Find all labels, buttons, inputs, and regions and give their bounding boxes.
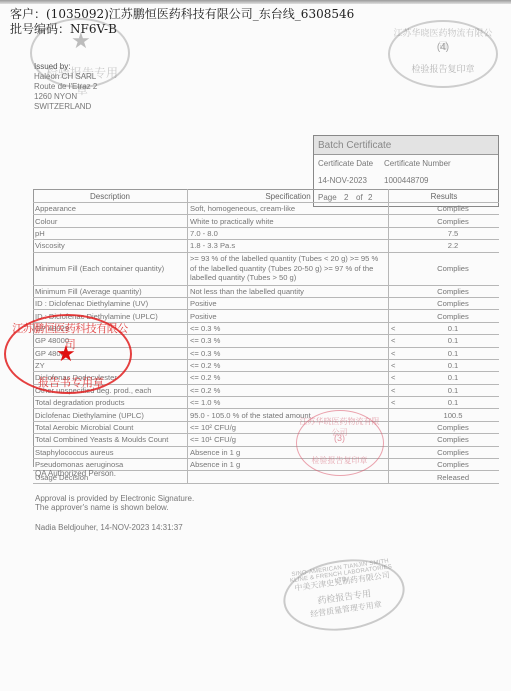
cell-result: Complies xyxy=(407,252,499,285)
cell-specification: >= 93 % of the labelled quantity (Tubes … xyxy=(188,252,389,285)
cell-qualifier: < xyxy=(389,384,408,396)
stamp-text: 检验报告复印章 xyxy=(390,62,496,75)
cell-qualifier xyxy=(389,285,408,297)
table-header-row: Description Specification Results xyxy=(33,190,499,203)
cell-qualifier xyxy=(389,446,408,458)
cell-description: GP 48029 xyxy=(33,322,188,334)
issuer-line: SWITZERLAND xyxy=(34,102,97,112)
cell-qualifier xyxy=(389,459,408,471)
approval-note-2: The approver's name is shown below. xyxy=(35,503,169,512)
stamp-arc-text: 江苏华晓医药物流有限公司 xyxy=(390,26,496,52)
cell-description: GP 48000 xyxy=(33,335,188,347)
cell-result: 0.1 xyxy=(407,359,499,371)
cell-description: ZY xyxy=(33,359,188,371)
cell-result: 0.1 xyxy=(407,347,499,359)
cell-result: 0.1 xyxy=(407,335,499,347)
table-row: Other unspecified deg. prod., each<= 0.2… xyxy=(33,384,499,396)
table-row: Total Combined Yeasts & Moulds Count<= 1… xyxy=(33,434,499,446)
cell-qualifier: < xyxy=(389,397,408,409)
table-row: Total Aerobic Microbial Count<= 10² CFU/… xyxy=(33,421,499,433)
header-specification: Specification xyxy=(188,190,389,203)
cell-qualifier xyxy=(389,240,408,252)
results-table: Description Specification Results Appear… xyxy=(33,189,499,484)
qa-authorized-person: QA Authorized Person. xyxy=(35,469,116,478)
cell-result: Complies xyxy=(407,297,499,309)
cell-description: Minimum Fill (Average quantity) xyxy=(33,285,188,297)
cell-qualifier: < xyxy=(389,359,408,371)
cell-description: GP 48002 xyxy=(33,347,188,359)
approval-note-1: Approval is provided by Electronic Signa… xyxy=(35,494,194,503)
cell-specification: 1.8 - 3.3 Pa.s xyxy=(188,240,389,252)
manufacturer-quality-stamp: SINO-AMERICAN TIANJIN SMITH KLINE & FREN… xyxy=(279,552,410,638)
batch-certificate-title: Batch Certificate xyxy=(314,136,498,155)
table-row: ID : Diclofenac Diethylamine (UV)Positiv… xyxy=(33,297,499,309)
cell-qualifier xyxy=(389,434,408,446)
cell-description: Appearance xyxy=(33,203,188,215)
cell-qualifier xyxy=(389,215,408,227)
cell-specification: <= 1.0 % xyxy=(188,397,389,409)
batch-certificate-labels: Certificate DateCertificate Number xyxy=(314,155,498,172)
issuer-line: 1260 NYON xyxy=(34,92,97,102)
cell-result: 0.1 xyxy=(407,322,499,334)
cell-result: Complies xyxy=(407,446,499,458)
cell-description: pH xyxy=(33,227,188,239)
cell-specification: Absence in 1 g xyxy=(188,446,389,458)
cell-specification: <= 0.3 % xyxy=(188,335,389,347)
cell-specification: Positive xyxy=(188,297,389,309)
table-row: ColourWhite to practically whiteComplies xyxy=(33,215,499,227)
table-row: Total degradation products<= 1.0 %<0.1 xyxy=(33,397,499,409)
cell-result: Complies xyxy=(407,310,499,322)
table-row: ZY<= 0.2 %<0.1 xyxy=(33,359,499,371)
certificate-number: 1000448709 xyxy=(384,172,429,189)
cell-description: ID : Diclofenac Diethylamine (UPLC) xyxy=(33,310,188,322)
stamp-number: (4) xyxy=(390,42,496,53)
cell-description: Diclofenac Diethylamine (UPLC) xyxy=(33,409,188,421)
cell-qualifier xyxy=(389,252,408,285)
cell-specification: <= 0.2 % xyxy=(188,372,389,384)
cell-result: Complies xyxy=(407,434,499,446)
cell-specification: Soft, homogeneous, cream-like xyxy=(188,203,389,215)
table-row: AppearanceSoft, homogeneous, cream-likeC… xyxy=(33,203,499,215)
stamp-text: 中美天津史克制药有限公司 xyxy=(283,568,401,595)
cell-specification: Absence in 1 g xyxy=(188,459,389,471)
cell-result: 2.2 xyxy=(407,240,499,252)
cell-result: Released xyxy=(407,471,499,483)
cell-result: 7.5 xyxy=(407,227,499,239)
cell-specification: Not less than the labelled quantity xyxy=(188,285,389,297)
cell-specification: <= 10² CFU/g xyxy=(188,421,389,433)
stamp-text: 经营质量管理专用章 xyxy=(287,596,405,623)
batch-certificate-values: 14-NOV-20231000448709 xyxy=(314,172,498,189)
table-row: Minimum Fill (Each container quantity)>=… xyxy=(33,252,499,285)
approver-signature: Nadia Beldjouher, 14-NOV-2023 14:31:37 xyxy=(35,523,183,532)
issuer-line: Route de l'Etraz 2 xyxy=(34,82,97,92)
cell-specification: <= 0.3 % xyxy=(188,347,389,359)
cell-qualifier: < xyxy=(389,335,408,347)
table-row: GP 48002<= 0.3 %<0.1 xyxy=(33,347,499,359)
cell-result: 0.1 xyxy=(407,384,499,396)
cell-result: 0.1 xyxy=(407,372,499,384)
cell-specification: <= 0.3 % xyxy=(188,322,389,334)
cell-specification: 95.0 - 105.0 % of the stated amount xyxy=(188,409,389,421)
cell-description: Colour xyxy=(33,215,188,227)
table-row: Viscosity1.8 - 3.3 Pa.s2.2 xyxy=(33,240,499,252)
certificate-number-label: Certificate Number xyxy=(384,155,451,172)
cell-qualifier xyxy=(389,297,408,309)
cell-description: Diclofenac Dodecylester xyxy=(33,372,188,384)
issuer-block: Issued by: Haleon CH SARL Route de l'Etr… xyxy=(34,62,97,112)
cell-result: Complies xyxy=(407,203,499,215)
cell-qualifier: < xyxy=(389,372,408,384)
header-description: Description xyxy=(33,190,188,203)
cell-qualifier: < xyxy=(389,347,408,359)
cell-result: Complies xyxy=(407,459,499,471)
cell-result: Complies xyxy=(407,215,499,227)
cell-qualifier xyxy=(389,227,408,239)
cell-result: 0.1 xyxy=(407,397,499,409)
certificate-date: 14-NOV-2023 xyxy=(318,172,384,189)
cell-qualifier xyxy=(389,409,408,421)
cell-description: Total degradation products xyxy=(33,397,188,409)
cell-description: Total Combined Yeasts & Moulds Count xyxy=(33,434,188,446)
table-row: ID : Diclofenac Diethylamine (UPLC)Posit… xyxy=(33,310,499,322)
header-results: Results xyxy=(389,190,500,203)
cell-description: Total Aerobic Microbial Count xyxy=(33,421,188,433)
cell-specification xyxy=(188,471,389,483)
cell-specification: Positive xyxy=(188,310,389,322)
cell-qualifier xyxy=(389,471,408,483)
certificate-date-label: Certificate Date xyxy=(318,155,384,172)
cell-qualifier xyxy=(389,310,408,322)
cell-description: Minimum Fill (Each container quantity) xyxy=(33,252,188,285)
table-row: GP 48000<= 0.3 %<0.1 xyxy=(33,335,499,347)
cell-specification: <= 0.2 % xyxy=(188,384,389,396)
cell-specification: 7.0 - 8.0 xyxy=(188,227,389,239)
batch-code-line: 批号编码：NF6V-B xyxy=(10,20,117,37)
cell-result: 100.5 xyxy=(407,409,499,421)
table-row: GP 48029<= 0.3 %<0.1 xyxy=(33,322,499,334)
cell-description: Other unspecified deg. prod., each xyxy=(33,384,188,396)
issuer-line: Haleon CH SARL xyxy=(34,72,97,82)
cell-specification: <= 10¹ CFU/g xyxy=(188,434,389,446)
stamp-arc-text: SINO-AMERICAN TIANJIN SMITH KLINE & FREN… xyxy=(281,557,400,591)
cell-qualifier: < xyxy=(389,322,408,334)
cell-result: Complies xyxy=(407,421,499,433)
cell-specification: White to practically white xyxy=(188,215,389,227)
cell-result: Complies xyxy=(407,285,499,297)
table-row: Diclofenac Diethylamine (UPLC)95.0 - 105… xyxy=(33,409,499,421)
cell-specification: <= 0.2 % xyxy=(188,359,389,371)
copy-stamp-4: 江苏华晓医药物流有限公司 (4) 检验报告复印章 xyxy=(388,20,498,88)
table-row: Staphylococcus aureusAbsence in 1 gCompl… xyxy=(33,446,499,458)
stamp-text: 药检报告专用 xyxy=(285,582,404,611)
cell-description: ID : Diclofenac Diethylamine (UV) xyxy=(33,297,188,309)
cell-qualifier xyxy=(389,203,408,215)
cell-description: Viscosity xyxy=(33,240,188,252)
cell-qualifier xyxy=(389,421,408,433)
table-row: Minimum Fill (Average quantity)Not less … xyxy=(33,285,499,297)
scan-top-edge xyxy=(0,0,511,4)
issued-by-label: Issued by: xyxy=(34,62,97,72)
table-row: Diclofenac Dodecylester<= 0.2 %<0.1 xyxy=(33,372,499,384)
cell-description: Staphylococcus aureus xyxy=(33,446,188,458)
table-row: pH7.0 - 8.07.5 xyxy=(33,227,499,239)
